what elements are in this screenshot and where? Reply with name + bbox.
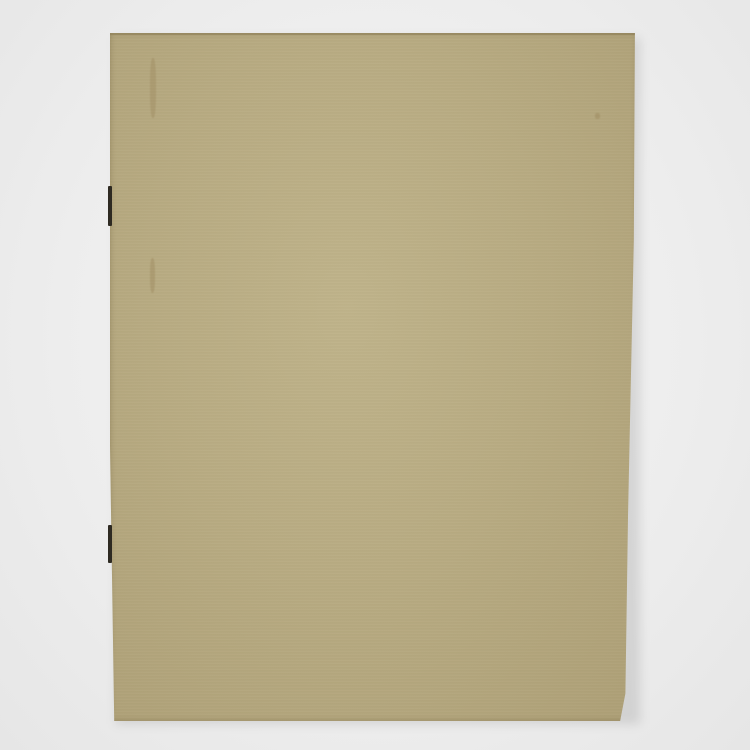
booklet-top-edge (110, 33, 637, 35)
edge-stain-right (595, 113, 600, 119)
staple-lower (108, 525, 112, 563)
spine-stain-middle (150, 258, 155, 293)
booklet-cover (110, 33, 637, 721)
staple-upper (108, 186, 112, 226)
spine-stain-upper (150, 58, 156, 118)
